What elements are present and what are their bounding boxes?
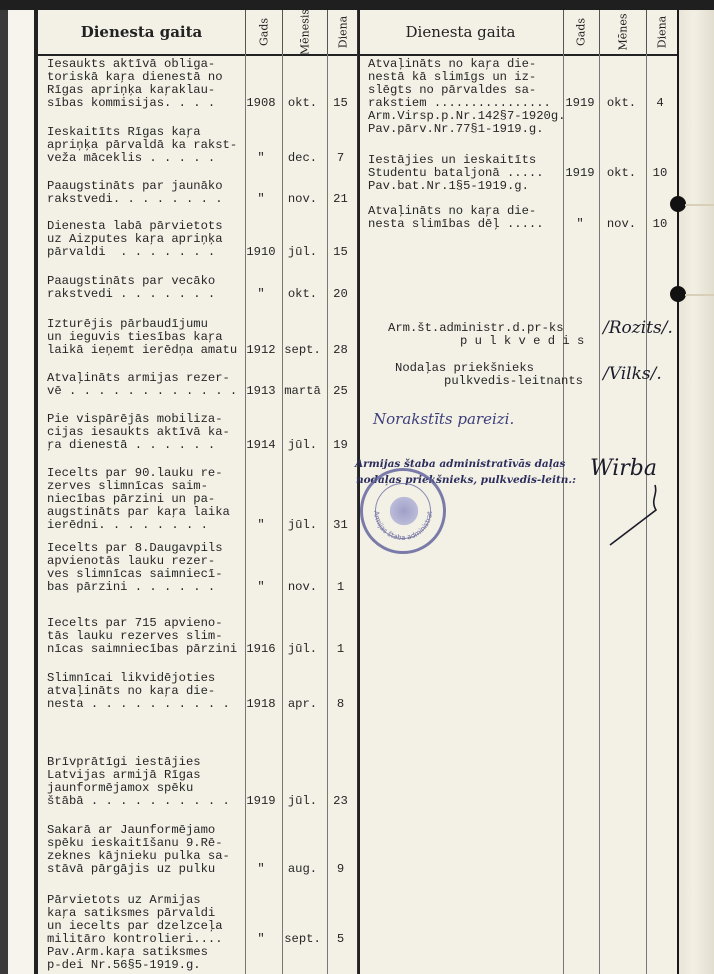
entry-day: 5 <box>325 933 356 946</box>
entry-year: 1914 <box>241 439 281 452</box>
service-entry-text: Sakarā ar Jaunformējamospēku ieskaitīšan… <box>47 824 230 876</box>
signature-rank-1: p u l k v e d i s <box>460 335 584 348</box>
entry-month: okt. <box>598 97 645 110</box>
entry-day: 10 <box>645 167 675 180</box>
entry-line: nesta . . . . . . . . . . <box>47 698 230 711</box>
binding-hole <box>670 196 686 212</box>
official-stamp: Armijas štaba administratīvā d. <box>360 468 446 554</box>
entry-day: 4 <box>645 97 675 110</box>
service-entry-text: Atvaļināts no kaŗa die-nestā kā slimīgs … <box>368 58 565 136</box>
entry-year: 1912 <box>241 344 281 357</box>
entry-line: nīcas saimniecības pārzini <box>47 643 237 656</box>
entry-month: martā <box>280 385 325 398</box>
entry-line: pārvaldi . . . . . . . <box>47 246 223 259</box>
signature-stroke <box>600 480 660 550</box>
entry-month: okt. <box>280 97 325 110</box>
signature-name-2: /Vilks/. <box>603 364 662 384</box>
entry-year: " <box>241 933 281 946</box>
left-header-day: Diena <box>327 10 360 54</box>
entry-month: okt. <box>598 167 645 180</box>
service-entry-text: Pārvietots uz Armijaskaŗa satiksmes pārv… <box>47 894 223 972</box>
entry-day: 21 <box>325 193 356 206</box>
entry-line: p-dei Nr.56§5-1919.g. <box>47 959 223 972</box>
entry-month: jūl. <box>280 439 325 452</box>
entry-year: 1916 <box>241 643 281 656</box>
entry-month: jūl. <box>280 795 325 808</box>
entry-month: jūl. <box>280 643 325 656</box>
entry-line: bas pārzini . . . . . . <box>47 581 223 594</box>
entry-day: 15 <box>325 97 356 110</box>
entry-day: 10 <box>645 218 675 231</box>
entry-month: jūl. <box>280 519 325 532</box>
entry-year: " <box>241 581 281 594</box>
entry-year: 1908 <box>241 97 281 110</box>
entry-day: 15 <box>325 246 356 259</box>
left-header-month: Mēnesis <box>282 10 328 54</box>
entry-line: rakstvedi. . . . . . . . <box>47 193 223 206</box>
entry-month: sept. <box>280 344 325 357</box>
service-entry-text: Slimnīcai likvidējotiesatvaļināts no kaŗ… <box>47 672 230 711</box>
entry-month: dec. <box>280 152 325 165</box>
left-header-year: Gads <box>245 10 283 54</box>
signature-name-1: /Rozits/. <box>603 318 673 338</box>
service-entry-text: Brīvprātīgi iestājiesLatvijas armijā Rīg… <box>47 756 230 808</box>
certifier-line-1: Armijas štaba administratīvās daļas <box>355 458 565 470</box>
entry-line: laikā ieņemt ierēdņa amatu <box>47 344 237 357</box>
service-entry-text: Pie vispārējās mobiliza-cijas iesaukts a… <box>47 413 230 452</box>
binding-hole <box>670 286 686 302</box>
left-header-service: Dienesta gaita <box>38 10 246 54</box>
entry-day: 9 <box>325 863 356 876</box>
page-margin-strip <box>8 10 36 974</box>
service-entry-text: Iecelts par 90.lauku re-zerves slimnīcas… <box>47 467 230 532</box>
entry-line: ŗa dienestā . . . . . . <box>47 439 230 452</box>
entry-line: stāvā pārgājis uz pulku <box>47 863 230 876</box>
service-entry-text: Atvaļināts no kaŗa die-nesta slimības dē… <box>368 205 544 231</box>
entry-year: 1919 <box>560 97 600 110</box>
entry-day: 8 <box>325 698 356 711</box>
entry-year: " <box>241 193 281 206</box>
entry-line: Pav.bat.Nr.1§5-1919.g. <box>368 180 544 193</box>
service-entry-text: Iecelts par 8.Daugavpilsapvienotās lauku… <box>47 542 223 594</box>
entry-day: 20 <box>325 288 356 301</box>
entry-day: 7 <box>325 152 356 165</box>
entry-year: " <box>241 863 281 876</box>
entry-line: štābā . . . . . . . . . . <box>47 795 230 808</box>
entry-day: 19 <box>325 439 356 452</box>
signature-rank-2: pulkvedis-leitnants <box>444 375 583 388</box>
entry-day: 25 <box>325 385 356 398</box>
service-entry-text: Paaugstināts par jaunākorakstvedi. . . .… <box>47 180 223 206</box>
entry-line: veža māceklis . . . . . <box>47 152 237 165</box>
entry-year: 1910 <box>241 246 281 259</box>
service-entry-text: Paaugstināts par vecākorakstvedi . . . .… <box>47 275 215 301</box>
right-header-service: Dienesta gaita <box>358 10 564 54</box>
entry-year: 1918 <box>241 698 281 711</box>
entry-line: rakstvedi . . . . . . . <box>47 288 215 301</box>
service-entry-text: Iesaukts aktīvā obliga-toriskā kaŗa dien… <box>47 58 223 110</box>
entry-line: ierēdni. . . . . . . . <box>47 519 230 532</box>
entry-month: nov. <box>598 218 645 231</box>
entry-day: 1 <box>325 581 356 594</box>
entry-day: 23 <box>325 795 356 808</box>
entry-year: " <box>241 152 281 165</box>
entry-month: aug. <box>280 863 325 876</box>
entry-line: sības kommisijas. . . . <box>47 97 223 110</box>
scan-left-edge <box>0 10 8 974</box>
entry-month: nov. <box>280 193 325 206</box>
entry-year: " <box>241 288 281 301</box>
entry-month: apr. <box>280 698 325 711</box>
service-entry-text: Iestājies un ieskaitītsStudentu bataljon… <box>368 154 544 193</box>
entry-day: 28 <box>325 344 356 357</box>
entry-month: jūl. <box>280 246 325 259</box>
entry-month: okt. <box>280 288 325 301</box>
entry-month: nov. <box>280 581 325 594</box>
entry-year: 1913 <box>241 385 281 398</box>
service-entry-text: Ieskaitīts Rīgas kaŗaapriņķa pārvaldā ka… <box>47 126 237 165</box>
certifier-signature: Wirba <box>590 456 657 481</box>
entry-day: 31 <box>325 519 356 532</box>
entry-year: 1919 <box>560 167 600 180</box>
entry-year: 1919 <box>241 795 281 808</box>
service-entry-text: Atvaļināts armijas rezer-vē . . . . . . … <box>47 372 237 398</box>
window-top-bar <box>0 0 714 10</box>
entry-line: Pav.pārv.Nr.77§1-1919.g. <box>368 123 565 136</box>
svg-text:Armijas štaba administratīvā d: Armijas štaba administratīvā d. <box>363 471 434 542</box>
entry-month: sept. <box>280 933 325 946</box>
entry-line: nesta slimības dēļ ..... <box>368 218 544 231</box>
page-binding <box>677 10 714 974</box>
entry-day: 1 <box>325 643 356 656</box>
certification-text: Norakstīts pareizi. <box>373 410 514 428</box>
service-entry-text: Dienesta labā pārvietotsuz Aizputes kaŗa… <box>47 220 223 259</box>
stamp-text: Armijas štaba administratīvā d. <box>363 471 434 542</box>
entry-year: " <box>241 519 281 532</box>
entry-year: " <box>560 218 600 231</box>
right-header-year: Gads <box>563 10 600 54</box>
right-header-day: Diena <box>646 10 677 54</box>
right-header-month: Mēnes <box>599 10 647 54</box>
service-entry-text: Iecelts par 715 apvieno-tās lauku rezerv… <box>47 617 237 656</box>
service-entry-text: Izturējis pārbaudījumuun ieguvis tiesība… <box>47 318 237 357</box>
entry-line: vē . . . . . . . . . . . . <box>47 385 237 398</box>
